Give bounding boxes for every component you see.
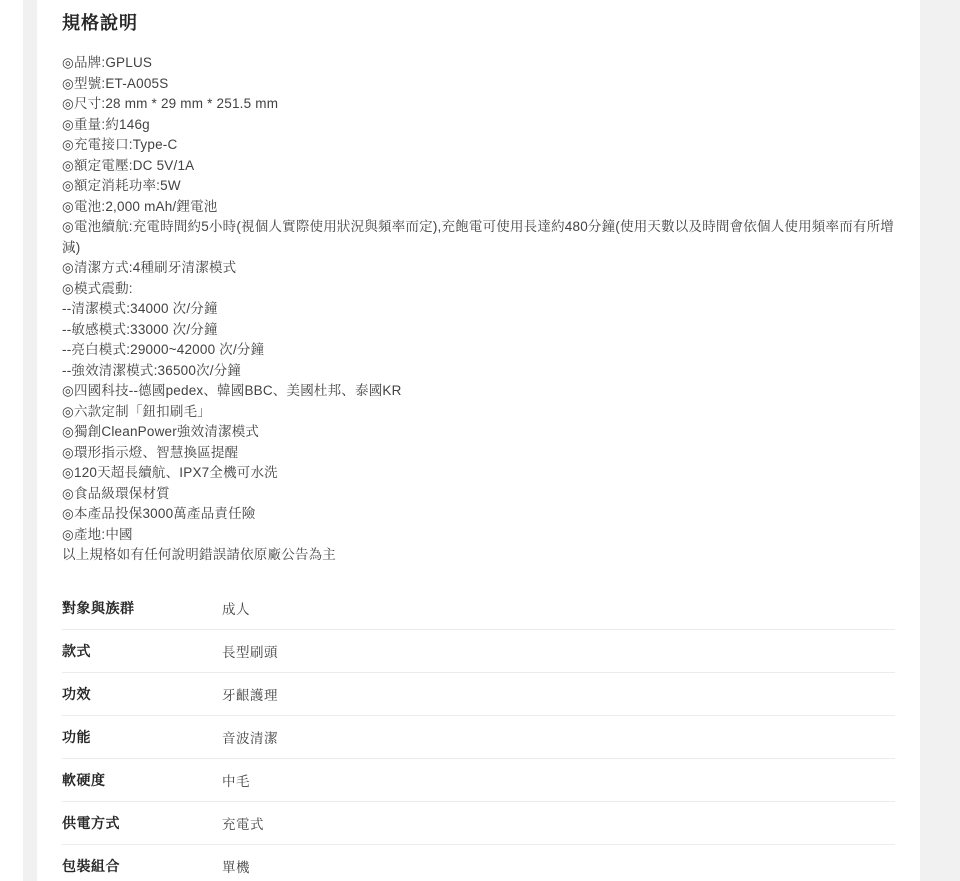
spec-line: 以上規格如有任何說明錯誤請依原廠公告為主: [62, 545, 895, 566]
attribute-value: 長型刷頭: [222, 641, 278, 661]
spec-line: --強效清潔模式:36500次/分鐘: [62, 361, 895, 382]
attribute-row: 軟硬度中毛: [62, 759, 895, 802]
spec-line: ◎食品級環保材質: [62, 484, 895, 505]
attribute-row: 供電方式充電式: [62, 802, 895, 845]
spec-line: ◎產地:中國: [62, 525, 895, 546]
attribute-label: 款式: [62, 641, 222, 661]
left-page-gutter: [23, 0, 37, 881]
attribute-label: 包裝組合: [62, 856, 222, 876]
attribute-label: 軟硬度: [62, 770, 222, 790]
spec-line: ◎尺寸:28 mm * 29 mm * 251.5 mm: [62, 94, 895, 115]
attribute-value: 牙齦護理: [222, 684, 278, 704]
attribute-label: 功效: [62, 684, 222, 704]
attribute-row: 對象與族群成人: [62, 587, 895, 630]
attribute-row: 款式長型刷頭: [62, 630, 895, 673]
spec-line: ◎六款定制「鈕扣刷毛」: [62, 402, 895, 423]
spec-line: ◎重量:約146g: [62, 115, 895, 136]
spec-line: ◎充電接口:Type-C: [62, 135, 895, 156]
spec-line: ◎四國科技--德國pedex、韓國BBC、美國杜邦、泰國KR: [62, 381, 895, 402]
spec-line: ◎模式震動:: [62, 279, 895, 300]
attribute-label: 對象與族群: [62, 598, 222, 618]
spec-line: ◎品牌:GPLUS: [62, 53, 895, 74]
spec-line: ◎電池:2,000 mAh/鋰電池: [62, 197, 895, 218]
spec-line: --清潔模式:34000 次/分鐘: [62, 299, 895, 320]
right-page-gutter: [920, 0, 960, 881]
spec-line: ◎120天超長續航、IPX7全機可水洗: [62, 463, 895, 484]
attribute-value: 單機: [222, 856, 250, 876]
attribute-value: 充電式: [222, 813, 264, 833]
spec-line: ◎電池續航:充電時間約5小時(視個人實際使用狀況與頻率而定),充飽電可使用長達約…: [62, 217, 895, 258]
attribute-row: 功能音波清潔: [62, 716, 895, 759]
spec-line: ◎環形指示燈、智慧換區提醒: [62, 443, 895, 464]
attribute-row: 功效牙齦護理: [62, 673, 895, 716]
spec-line: ◎清潔方式:4種刷牙清潔模式: [62, 258, 895, 279]
section-title: 規格說明: [62, 12, 895, 34]
spec-line: ◎額定電壓:DC 5V/1A: [62, 156, 895, 177]
attribute-label: 功能: [62, 727, 222, 747]
attributes-table: 對象與族群成人款式長型刷頭功效牙齦護理功能音波清潔軟硬度中毛供電方式充電式包裝組…: [62, 587, 895, 881]
spec-section: 規格說明 ◎品牌:GPLUS◎型號:ET-A005S◎尺寸:28 mm * 29…: [62, 12, 895, 881]
spec-line: --敏感模式:33000 次/分鐘: [62, 320, 895, 341]
attribute-row: 包裝組合單機: [62, 845, 895, 881]
spec-line: --亮白模式:29000~42000 次/分鐘: [62, 340, 895, 361]
spec-list: ◎品牌:GPLUS◎型號:ET-A005S◎尺寸:28 mm * 29 mm *…: [62, 53, 895, 566]
spec-line: ◎額定消耗功率:5W: [62, 176, 895, 197]
spec-line: ◎本產品投保3000萬產品責任險: [62, 504, 895, 525]
attribute-label: 供電方式: [62, 813, 222, 833]
spec-line: ◎獨創CleanPower強效清潔模式: [62, 422, 895, 443]
spec-line: ◎型號:ET-A005S: [62, 74, 895, 95]
attribute-value: 音波清潔: [222, 727, 278, 747]
attribute-value: 中毛: [222, 770, 250, 790]
attribute-value: 成人: [222, 598, 250, 618]
